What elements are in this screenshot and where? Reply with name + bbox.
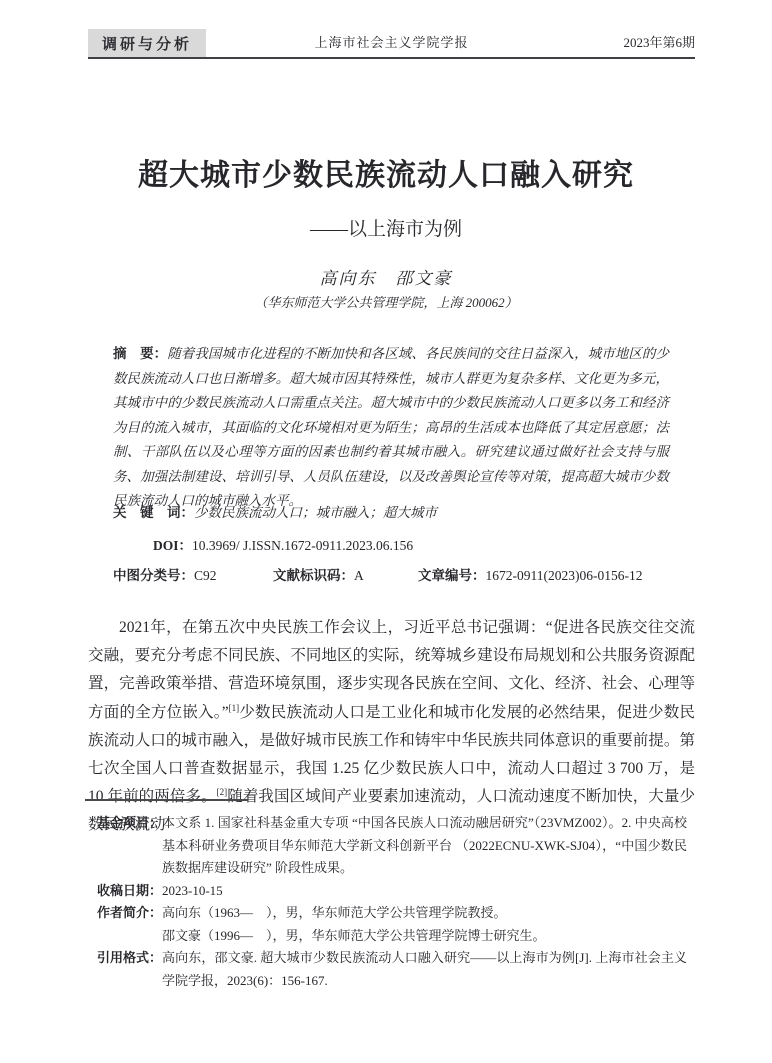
document-code-label: 文献标识码： bbox=[273, 568, 354, 583]
document-code-value: A bbox=[354, 568, 364, 583]
footnote-citation-format-text: 高向东，邵文豪. 超大城市少数民族流动人口融入研究——以上海市为例[J]. 上海… bbox=[162, 947, 687, 992]
footnote-fund-project-text: 本文系 1. 国家社科基金重大专项 “中国各民族人口流动融居研究”（23VMZ0… bbox=[162, 812, 687, 880]
keywords-text: 少数民族流动人口；城市融入；超大城市 bbox=[194, 505, 437, 520]
doi-value: 10.3969/ J.ISSN.1672-0911.2023.06.156 bbox=[192, 538, 413, 553]
article-id-label: 文章编号： bbox=[418, 568, 486, 583]
footnotes: 基金项目： 本文系 1. 国家社科基金重大专项 “中国各民族人口流动融居研究”（… bbox=[97, 812, 687, 992]
article-id-value: 1672-0911(2023)06-0156-12 bbox=[486, 568, 643, 583]
affiliation: （华东师范大学公共管理学院，上海 200062） bbox=[0, 292, 772, 311]
meta-line: 中图分类号：C92 文献标识码：A 文章编号：1672-0911(2023)06… bbox=[113, 564, 695, 584]
article-id: 文章编号：1672-0911(2023)06-0156-12 bbox=[418, 564, 642, 584]
footnote-fund-project: 基金项目： 本文系 1. 国家社科基金重大专项 “中国各民族人口流动融居研究”（… bbox=[97, 812, 687, 880]
article-title: 超大城市少数民族流动人口融入研究 bbox=[0, 150, 772, 194]
footnote-received-date-label: 收稿日期： bbox=[97, 880, 162, 903]
footnote-separator bbox=[85, 799, 248, 801]
doi-line: DOI：10.3969/ J.ISSN.1672-0911.2023.06.15… bbox=[153, 534, 413, 554]
journal-name: 上海市社会主义学院学报 bbox=[88, 32, 695, 51]
page-header: 调研与分析 上海市社会主义学院学报 2023年第6期 bbox=[88, 30, 695, 59]
footnote-citation-format-label: 引用格式： bbox=[97, 947, 162, 992]
journal-page: 调研与分析 上海市社会主义学院学报 2023年第6期 超大城市少数民族流动人口融… bbox=[0, 0, 772, 1063]
issue-label: 2023年第6期 bbox=[623, 32, 695, 51]
doi-label: DOI： bbox=[153, 538, 192, 553]
footnote-citation-format: 引用格式： 高向东，邵文豪. 超大城市少数民族流动人口融入研究——以上海市为例[… bbox=[97, 947, 687, 992]
keywords-label: 关 键 词： bbox=[113, 505, 194, 520]
footnote-received-date: 收稿日期： 2023-10-15 bbox=[97, 880, 687, 903]
reference-marker-1: [1] bbox=[229, 702, 240, 712]
document-code: 文献标识码：A bbox=[273, 564, 364, 584]
article-subtitle: ——以上海市为例 bbox=[0, 214, 772, 241]
footnote-received-date-text: 2023-10-15 bbox=[162, 880, 687, 903]
footnote-author-bio: 作者简介： 高向东（1963— ），男，华东师范大学公共管理学院教授。 邵文豪（… bbox=[97, 902, 687, 947]
abstract: 摘 要：随着我国城市化进程的不断加快和各区域、各民族间的交往日益深入，城市地区的… bbox=[113, 342, 669, 514]
footnote-author-bio-line-1: 高向东（1963— ），男，华东师范大学公共管理学院教授。 bbox=[162, 902, 687, 925]
clc-label: 中图分类号： bbox=[113, 568, 194, 583]
footnote-fund-project-label: 基金项目： bbox=[97, 812, 162, 880]
authors: 高向东 邵文豪 bbox=[0, 264, 772, 289]
footnote-author-bio-line-2: 邵文豪（1996— ），男，华东师范大学公共管理学院博士研究生。 bbox=[162, 925, 687, 948]
footnote-author-bio-text: 高向东（1963— ），男，华东师范大学公共管理学院教授。 邵文豪（1996— … bbox=[162, 902, 687, 947]
body-paragraph: 2021年，在第五次中央民族工作会议上，习近平总书记强调：“促进各民族交往交流交… bbox=[88, 614, 695, 840]
reference-marker-2: [2] bbox=[217, 787, 228, 797]
footnote-author-bio-label: 作者简介： bbox=[97, 902, 162, 947]
clc-number: 中图分类号：C92 bbox=[113, 564, 217, 584]
abstract-text: 随着我国城市化进程的不断加快和各区域、各民族间的交往日益深入，城市地区的少数民族… bbox=[113, 346, 669, 508]
keywords: 关 键 词：少数民族流动人口；城市融入；超大城市 bbox=[113, 501, 669, 521]
clc-value: C92 bbox=[194, 568, 217, 583]
abstract-label: 摘 要： bbox=[113, 346, 167, 361]
